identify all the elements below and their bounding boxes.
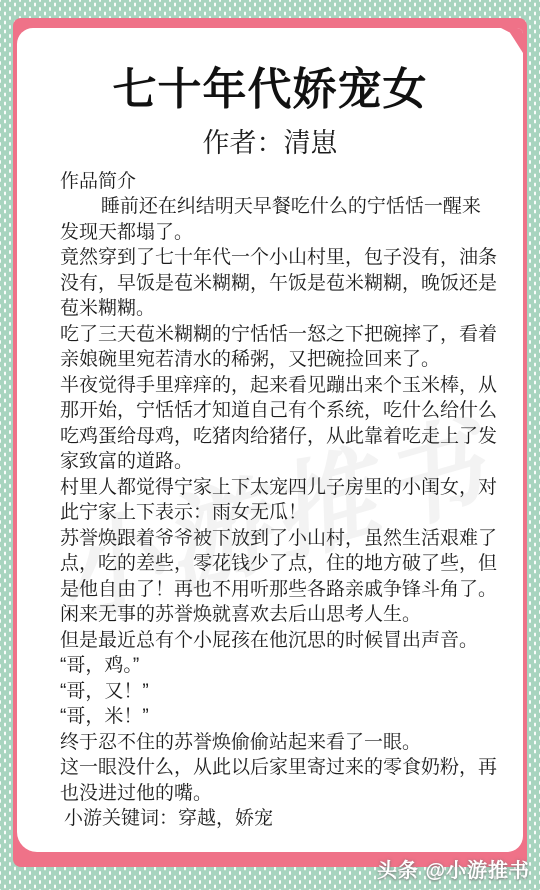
bottom-watermark: 头条 @小游推书	[377, 854, 530, 883]
synopsis-paragraph: 终于忍不住的苏誉焕偷偷站起来看了一眼。	[60, 730, 497, 756]
dog-ear-fold	[501, 28, 523, 53]
dialogue-line: “哥，鸡。”	[60, 653, 497, 679]
synopsis-paragraph: 吃了三天苞米糊糊的宁恬恬一怒之下把碗摔了，看着亲娘碗里宛若清水的稀粥，又把碗捡回…	[60, 322, 497, 373]
keywords-line: 小游关键词：穿越，娇宠	[60, 806, 497, 832]
synopsis-paragraph: 但是最近总有个小屁孩在他沉思的时候冒出声音。	[60, 628, 497, 654]
synopsis-paragraph: 睡前还在纠结明天早餐吃什么的宁恬恬一醒来发现天都塌了。	[60, 194, 497, 245]
section-label: 作品简介	[60, 169, 497, 195]
pink-frame: 七十年代娇宠女 作者：清崽 作品简介 睡前还在纠结明天早餐吃什么的宁恬恬一醒来发…	[13, 18, 527, 867]
synopsis-paragraph: 村里人都觉得宁家上下太宠四儿子房里的小闺女，对此宁家上下表示：雨女无瓜！	[60, 475, 497, 526]
synopsis-paragraph: 苏誉焕跟着爷爷被下放到了小山村，虽然生活艰难了点，吃的差些，零花钱少了点，住的地…	[60, 526, 497, 628]
polka-dot-background: 七十年代娇宠女 作者：清崽 作品简介 睡前还在纠结明天早餐吃什么的宁恬恬一醒来发…	[0, 0, 540, 890]
author-line: 作者：清崽	[17, 121, 523, 160]
synopsis-paragraph: 竟然穿到了七十年代一个小山村里，包子没有，油条没有，早饭是苞米糊糊，午饭是苞米糊…	[60, 245, 497, 322]
synopsis-block: 作品简介 睡前还在纠结明天早餐吃什么的宁恬恬一醒来发现天都塌了。 竟然穿到了七十…	[17, 169, 523, 832]
dialogue-line: “哥，又！”	[60, 679, 497, 705]
dialogue-line: “哥，米！”	[60, 704, 497, 730]
content-card: 七十年代娇宠女 作者：清崽 作品简介 睡前还在纠结明天早餐吃什么的宁恬恬一醒来发…	[17, 28, 523, 852]
synopsis-paragraph: 半夜觉得手里痒痒的，起来看见蹦出来个玉米棒，从那开始，宁恬恬才知道自己有个系统，…	[60, 373, 497, 475]
book-title: 七十年代娇宠女	[27, 64, 513, 116]
synopsis-paragraph: 这一眼没什么，从此以后家里寄过来的零食奶粉，再也没进过他的嘴。	[60, 755, 497, 806]
